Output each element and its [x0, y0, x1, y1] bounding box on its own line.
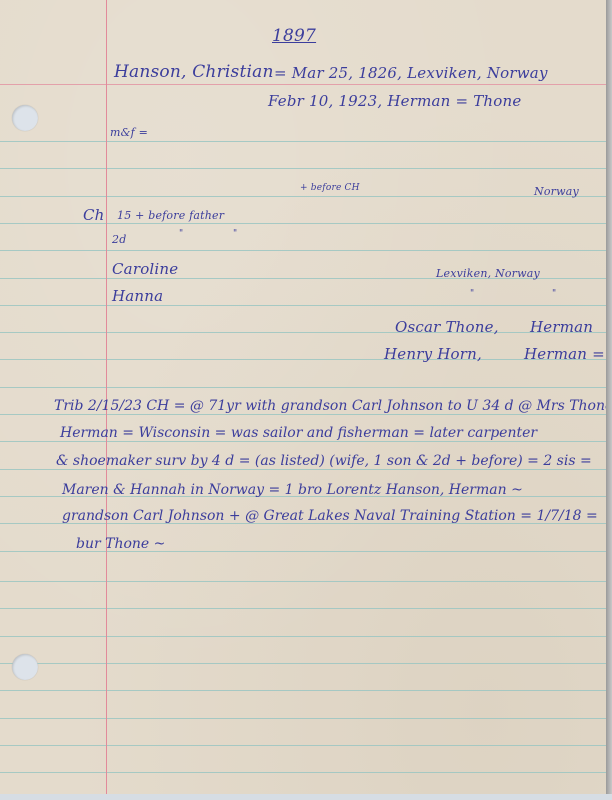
- header-red-rule: [0, 84, 606, 85]
- rule-line: [0, 332, 606, 333]
- children-margin-label: Ch: [83, 208, 105, 223]
- rule-line: [0, 469, 606, 470]
- scanner-edge-bottom: [0, 794, 612, 800]
- scanner-edge-right: [606, 0, 612, 800]
- rule-line: [0, 359, 606, 360]
- before-ch-note: + before CH: [300, 184, 360, 193]
- note-line-1: Trib 2/15/23 CH = @ 71yr with grandson C…: [54, 399, 606, 413]
- rule-line: [0, 250, 606, 251]
- note-line-3: & shoemaker surv by 4 d = (as listed) (w…: [56, 454, 592, 468]
- spouse-henry-place: Herman =: [524, 347, 605, 362]
- person-name: Hanson, Christian: [114, 64, 274, 81]
- margin-red-line: [106, 0, 107, 794]
- birth-info: = Mar 25, 1826, Lexviken, Norway: [274, 66, 548, 81]
- rule-line: [0, 636, 606, 637]
- ditto-mark: ": [470, 290, 474, 299]
- rule-line: [0, 690, 606, 691]
- rule-line: [0, 718, 606, 719]
- punch-hole-bottom: [12, 654, 38, 680]
- death-info: Febr 10, 1923, Herman = Thone: [268, 94, 521, 109]
- rule-line: [0, 305, 606, 306]
- margin-note: m&f =: [110, 127, 148, 138]
- ditto-mark: ": [233, 230, 237, 239]
- rule-line: [0, 772, 606, 773]
- note-line-6: bur Thone ~: [76, 537, 165, 551]
- rule-line: [0, 745, 606, 746]
- rule-line: [0, 414, 606, 415]
- note-line-4: Maren & Hannah in Norway = 1 bro Lorentz…: [62, 483, 523, 497]
- spouse-oscar-place: Herman: [530, 320, 593, 335]
- rule-line: [0, 441, 606, 442]
- rule-line: [0, 581, 606, 582]
- year-heading: 1897: [272, 28, 316, 45]
- child-hanna: Hanna: [112, 289, 163, 304]
- note-line-5: grandson Carl Johnson + @ Great Lakes Na…: [62, 509, 598, 523]
- norway-note: Norway: [534, 186, 579, 197]
- rule-line: [0, 608, 606, 609]
- rule-line: [0, 141, 606, 142]
- child-row-2: 2d: [112, 234, 126, 245]
- spouse-henry: Henry Horn,: [384, 347, 482, 362]
- child-caroline-place: Lexviken, Norway: [436, 268, 540, 279]
- notebook-page: 1897 Hanson, Christian = Mar 25, 1826, L…: [0, 0, 606, 794]
- punch-hole-top: [12, 105, 38, 131]
- rule-line: [0, 387, 606, 388]
- child-row-1: 15 + before father: [117, 210, 224, 221]
- ditto-mark: ": [552, 290, 556, 299]
- child-caroline: Caroline: [112, 262, 178, 277]
- ditto-mark: ": [179, 230, 183, 239]
- note-line-2: Herman = Wisconsin = was sailor and fish…: [60, 426, 537, 440]
- rule-line: [0, 196, 606, 197]
- rule-line: [0, 168, 606, 169]
- spouse-oscar: Oscar Thone,: [395, 320, 499, 335]
- rule-line: [0, 663, 606, 664]
